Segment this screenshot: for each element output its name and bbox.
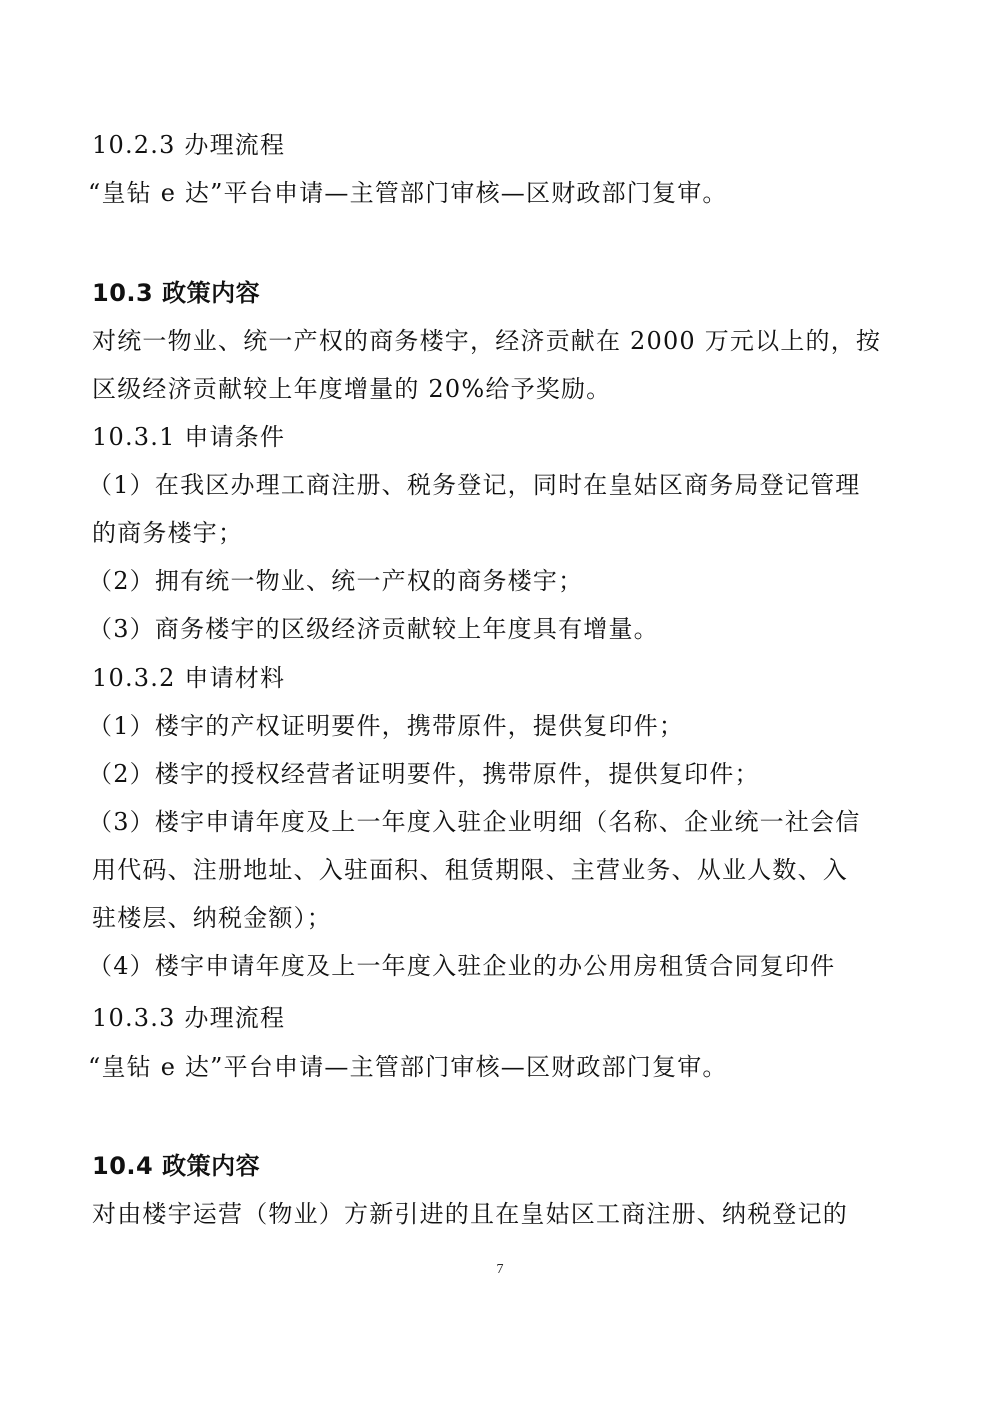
- list-item: （4）楼宇申请年度及上一年度入驻企业的办公用房租赁合同复印件: [88, 951, 835, 981]
- subheading-10-3-3: 10.3.3 办理流程: [92, 1003, 285, 1033]
- policy-paragraph: 对由楼宇运营（物业）方新引进的且在皇姑区工商注册、纳税登记的: [92, 1199, 848, 1229]
- subheading-10-3-1: 10.3.1 申请条件: [92, 422, 285, 452]
- list-item: （3）商务楼宇的区级经济贡献较上年度具有增量。: [88, 614, 659, 644]
- list-item-continuation: 驻楼层、纳税金额）；: [92, 903, 332, 933]
- list-item: （3）楼宇申请年度及上一年度入驻企业明细（名称、企业统一社会信: [88, 807, 860, 837]
- heading-10-3: 10.3 政策内容: [92, 278, 260, 308]
- list-item: （2）拥有统一物业、统一产权的商务楼宇；: [88, 566, 583, 596]
- policy-paragraph: 区级经济贡献较上年度增量的 20%给予奖励。: [92, 374, 611, 404]
- list-item: （1）楼宇的产权证明要件，携带原件，提供复印件；: [88, 711, 684, 741]
- list-item-continuation: 的商务楼宇；: [92, 518, 243, 548]
- heading-10-4: 10.4 政策内容: [92, 1151, 260, 1181]
- process-paragraph: “皇钻 e 达”平台申请—主管部门审核—区财政部门复审。: [88, 178, 728, 208]
- list-item-continuation: 用代码、注册地址、入驻面积、租赁期限、主营业务、从业人数、入: [92, 855, 848, 885]
- list-item: （2）楼宇的授权经营者证明要件，携带原件，提供复印件；: [88, 759, 760, 789]
- policy-paragraph: 对统一物业、统一产权的商务楼宇，经济贡献在 2000 万元以上的，按: [92, 326, 881, 356]
- page-number: 7: [0, 1262, 1000, 1278]
- process-paragraph: “皇钻 e 达”平台申请—主管部门审核—区财政部门复审。: [88, 1052, 728, 1082]
- subheading-10-3-2: 10.3.2 申请材料: [92, 663, 285, 693]
- subheading-10-2-3: 10.2.3 办理流程: [92, 130, 285, 160]
- list-item: （1）在我区办理工商注册、税务登记，同时在皇姑区商务局登记管理: [88, 470, 860, 500]
